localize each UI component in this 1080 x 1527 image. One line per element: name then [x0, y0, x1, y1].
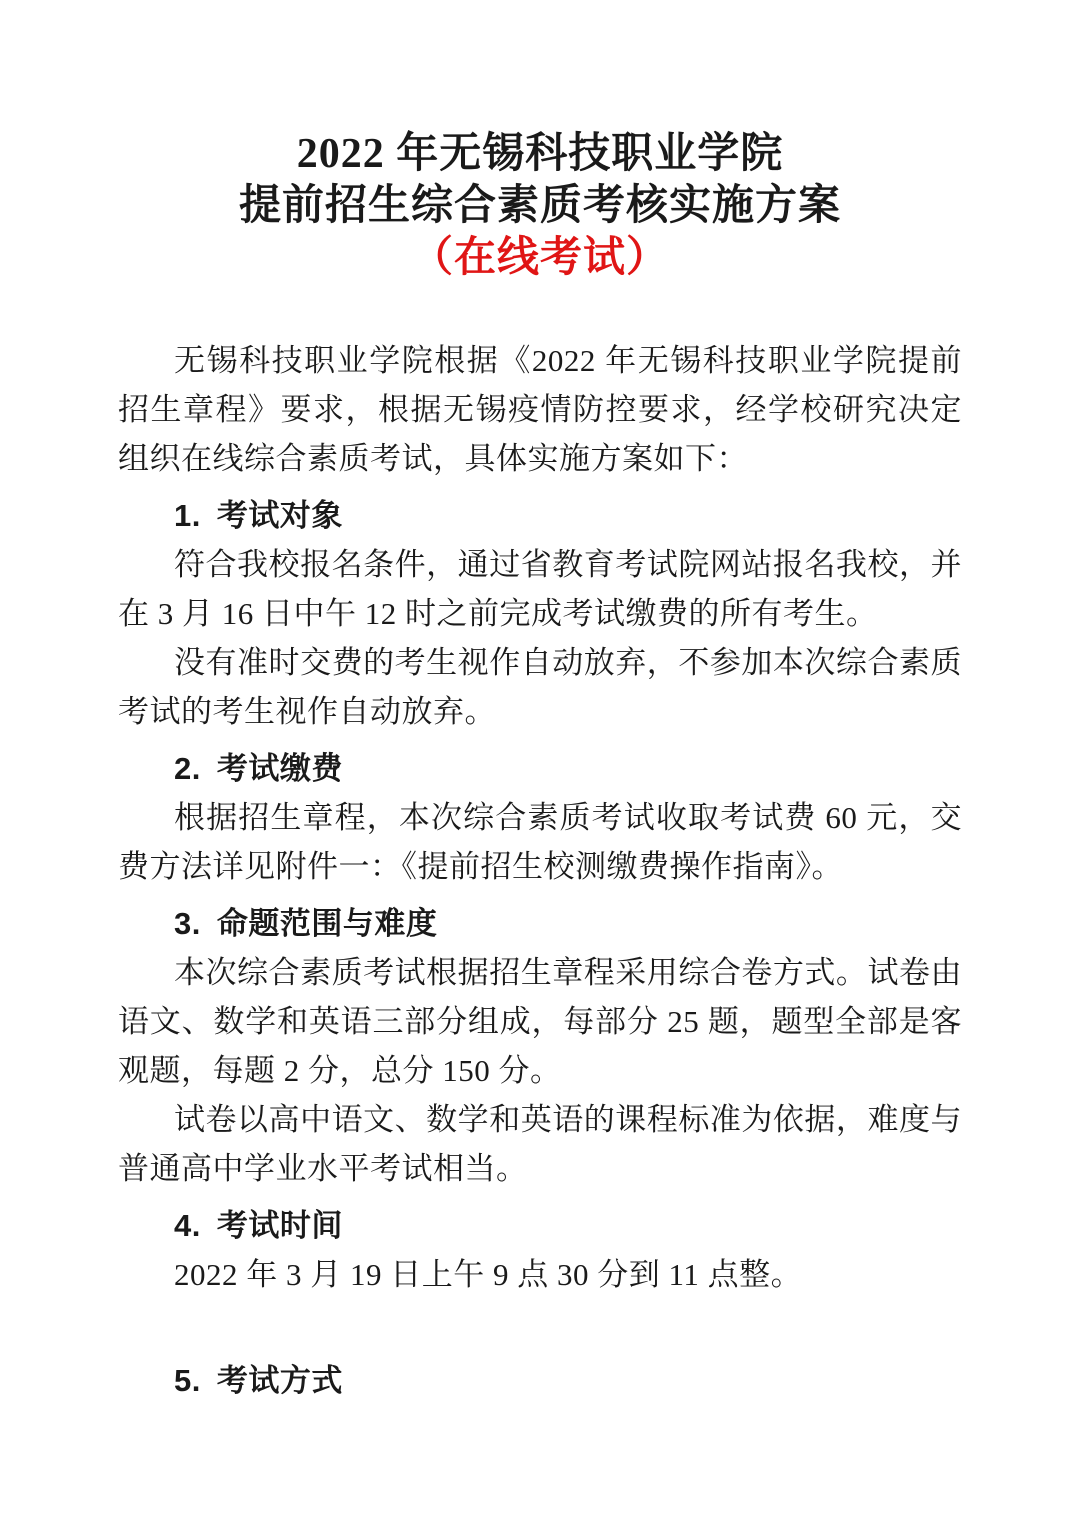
- section-title: 考试时间: [217, 1208, 343, 1243]
- section-number: 2.: [174, 751, 201, 786]
- section-number: 4.: [174, 1208, 201, 1243]
- section-number: 5.: [174, 1363, 201, 1398]
- document-page: 2022 年无锡科技职业学院 提前招生综合素质考核实施方案 （在线考试） 无锡科…: [0, 0, 1080, 1527]
- section-heading-exam-payment: 2.考试缴费: [118, 744, 962, 793]
- paragraph: 根据招生章程，本次综合素质考试收取考试费 60 元，交费方法详见附件一：《提前招…: [118, 793, 962, 891]
- section-heading-exam-time: 4.考试时间: [118, 1201, 962, 1250]
- paragraph: 符合我校报名条件，通过省教育考试院网站报名我校，并在 3 月 16 日中午 12…: [118, 540, 962, 638]
- section-heading-exam-method: 5.考试方式: [118, 1356, 962, 1405]
- section-number: 1.: [174, 498, 201, 533]
- section-title: 考试方式: [217, 1363, 343, 1398]
- document-body: 无锡科技职业学院根据《2022 年无锡科技职业学院提前招生章程》要求，根据无锡疫…: [118, 336, 962, 1405]
- section-title: 考试对象: [217, 498, 343, 533]
- paragraph: 试卷以高中语文、数学和英语的课程标准为依据，难度与普通高中学业水平考试相当。: [118, 1095, 962, 1193]
- title-line-exam-mode: （在线考试）: [118, 232, 962, 284]
- title-line-2: 提前招生综合素质考核实施方案: [118, 180, 962, 232]
- paragraph: 2022 年 3 月 19 日上午 9 点 30 分到 11 点整。: [118, 1250, 962, 1299]
- section-title: 命题范围与难度: [217, 906, 438, 941]
- intro-paragraph: 无锡科技职业学院根据《2022 年无锡科技职业学院提前招生章程》要求，根据无锡疫…: [118, 336, 962, 483]
- document-title: 2022 年无锡科技职业学院 提前招生综合素质考核实施方案 （在线考试）: [118, 0, 962, 284]
- section-heading-scope-difficulty: 3.命题范围与难度: [118, 899, 962, 948]
- paragraph: 没有准时交费的考生视作自动放弃，不参加本次综合素质考试的考生视作自动放弃。: [118, 638, 962, 736]
- paragraph: 本次综合素质考试根据招生章程采用综合卷方式。试卷由语文、数学和英语三部分组成，每…: [118, 948, 962, 1095]
- section-heading-exam-candidates: 1.考试对象: [118, 491, 962, 540]
- title-line-1: 2022 年无锡科技职业学院: [118, 128, 962, 180]
- section-title: 考试缴费: [217, 751, 343, 786]
- section-number: 3.: [174, 906, 201, 941]
